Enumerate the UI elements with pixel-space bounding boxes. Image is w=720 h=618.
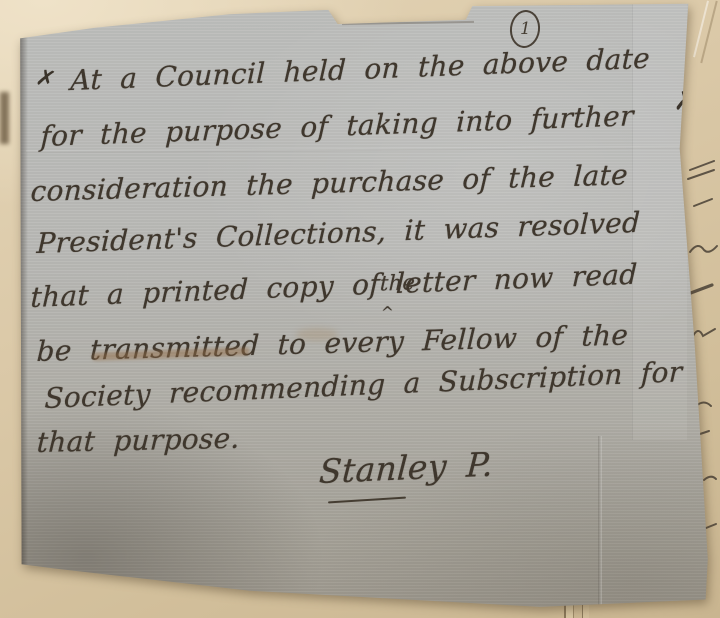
insertion-mark: ^the	[380, 293, 396, 294]
caret-mark: ^	[381, 303, 394, 322]
margin-cross-right: ✗	[673, 85, 698, 118]
letter-sheet-wrapper: 1 ✗ ✗ At a Council held on the above dat…	[0, 0, 720, 618]
manuscript-line: President's Collections, it was resolved	[36, 206, 641, 260]
signature-underline	[328, 497, 406, 504]
fold-crease	[598, 436, 602, 608]
manuscript-line: that a printed copy of^theletter now rea…	[30, 258, 638, 314]
letter-sheet: 1 ✗ ✗ At a Council held on the above dat…	[0, 0, 720, 618]
fold-crease	[342, 21, 474, 25]
line6-text-before: be	[36, 334, 72, 368]
manuscript-line: At a Council held on the above date	[70, 42, 651, 97]
manuscript-line: for the purpose of taking into further	[40, 99, 634, 153]
line6-corrected-word: transmitted	[89, 329, 260, 367]
margin-cross-left: ✗	[33, 64, 58, 94]
signature: Stanley P.	[318, 445, 494, 491]
line6-text-after: to every Fellow of the	[277, 318, 629, 361]
line5-text-after: letter now read	[395, 258, 638, 300]
photographed-manuscript-page: 1 ✗ ✗ At a Council held on the above dat…	[0, 0, 720, 618]
manuscript-line: consideration the purchase of the late	[30, 158, 629, 208]
page-number-badge: 1	[508, 8, 542, 49]
page-number: 1	[520, 19, 531, 39]
inserted-word: the	[380, 270, 416, 295]
manuscript-line: that purpose.	[36, 422, 241, 459]
line5-text-before: that a printed copy of	[30, 268, 380, 314]
